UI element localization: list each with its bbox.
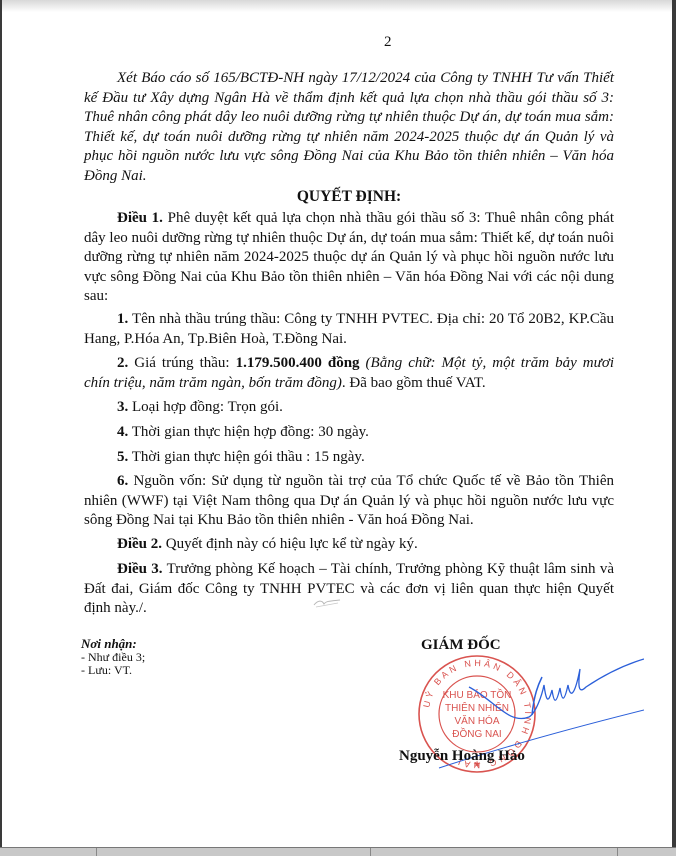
table-divider bbox=[370, 848, 371, 856]
item-number: 5. bbox=[117, 449, 128, 465]
recipients-heading: Nơi nhận: bbox=[81, 637, 145, 651]
item-text: Tên nhà thầu trúng thầu: Công ty TNHH PV… bbox=[84, 311, 614, 347]
item-5: 5. Thời gian thực hiện gói thầu : 15 ngà… bbox=[84, 448, 614, 468]
initial-signature-icon bbox=[312, 597, 342, 609]
item-1: 1. Tên nhà thầu trúng thầu: Công ty TNHH… bbox=[84, 310, 614, 349]
item-number: 3. bbox=[117, 399, 128, 415]
item-number: 6. bbox=[117, 473, 128, 489]
item-text: Thời gian thực hiện hợp đồng: 30 ngày. bbox=[128, 424, 369, 440]
item-text-tail: . Đã bao gồm thuế VAT. bbox=[342, 375, 486, 391]
item-text: Thời gian thực hiện gói thầu : 15 ngày. bbox=[128, 449, 364, 465]
item-4: 4. Thời gian thực hiện hợp đồng: 30 ngày… bbox=[84, 423, 614, 443]
preamble-paragraph: Xét Báo cáo số 165/BCTĐ-NH ngày 17/12/20… bbox=[84, 69, 614, 186]
item-6: 6. Nguồn vốn: Sử dụng từ nguồn tài trợ c… bbox=[84, 472, 614, 531]
item-2: 2. Giá trúng thầu: 1.179.500.400 đồng (B… bbox=[84, 354, 614, 393]
table-divider bbox=[617, 848, 618, 856]
item-text: Nguồn vốn: Sử dụng từ nguồn tài trợ của … bbox=[84, 473, 614, 528]
signer-title: GIÁM ĐỐC bbox=[421, 637, 501, 654]
recipient-line: - Như điều 3; bbox=[81, 651, 145, 665]
item-text: Giá trúng thầu: bbox=[128, 355, 235, 371]
article-3: Điều 3. Trưởng phòng Kế hoạch – Tài chín… bbox=[84, 560, 614, 619]
bid-amount: 1.179.500.400 đồng bbox=[236, 355, 360, 371]
recipients-block: Nơi nhận: - Như điều 3; - Lưu: VT. bbox=[81, 637, 145, 678]
article-2: Điều 2. Quyết định này có hiệu lực kể từ… bbox=[84, 535, 614, 555]
article-1-label: Điều 1. bbox=[117, 210, 163, 226]
article-3-label: Điều 3. bbox=[117, 561, 163, 577]
item-text: Loại hợp đồng: Trọn gói. bbox=[128, 399, 283, 415]
recipient-line: - Lưu: VT. bbox=[81, 664, 145, 678]
item-number: 2. bbox=[117, 355, 128, 371]
page-number: 2 bbox=[384, 34, 392, 51]
signer-name: Nguyễn Hoàng Hảo bbox=[399, 748, 525, 765]
window-frame-left bbox=[0, 0, 2, 856]
article-3-text: Trưởng phòng Kế hoạch – Tài chính, Trưởn… bbox=[84, 561, 614, 616]
item-number: 4. bbox=[117, 424, 128, 440]
window-frame-right bbox=[672, 0, 676, 856]
page-top-shadow bbox=[2, 0, 672, 12]
item-number: 1. bbox=[117, 311, 128, 327]
article-2-label: Điều 2. bbox=[117, 536, 162, 552]
table-divider bbox=[96, 848, 97, 856]
article-1: Điều 1. Phê duyệt kết quả lựa chọn nhà t… bbox=[84, 209, 614, 307]
decision-title: QUYẾT ĐỊNH: bbox=[84, 188, 614, 206]
item-3: 3. Loại hợp đồng: Trọn gói. bbox=[84, 398, 614, 418]
next-page-edge bbox=[0, 847, 676, 856]
article-2-text: Quyết định này có hiệu lực kể từ ngày ký… bbox=[162, 536, 418, 552]
article-1-text: Phê duyệt kết quả lựa chọn nhà thầu gói … bbox=[84, 210, 614, 304]
